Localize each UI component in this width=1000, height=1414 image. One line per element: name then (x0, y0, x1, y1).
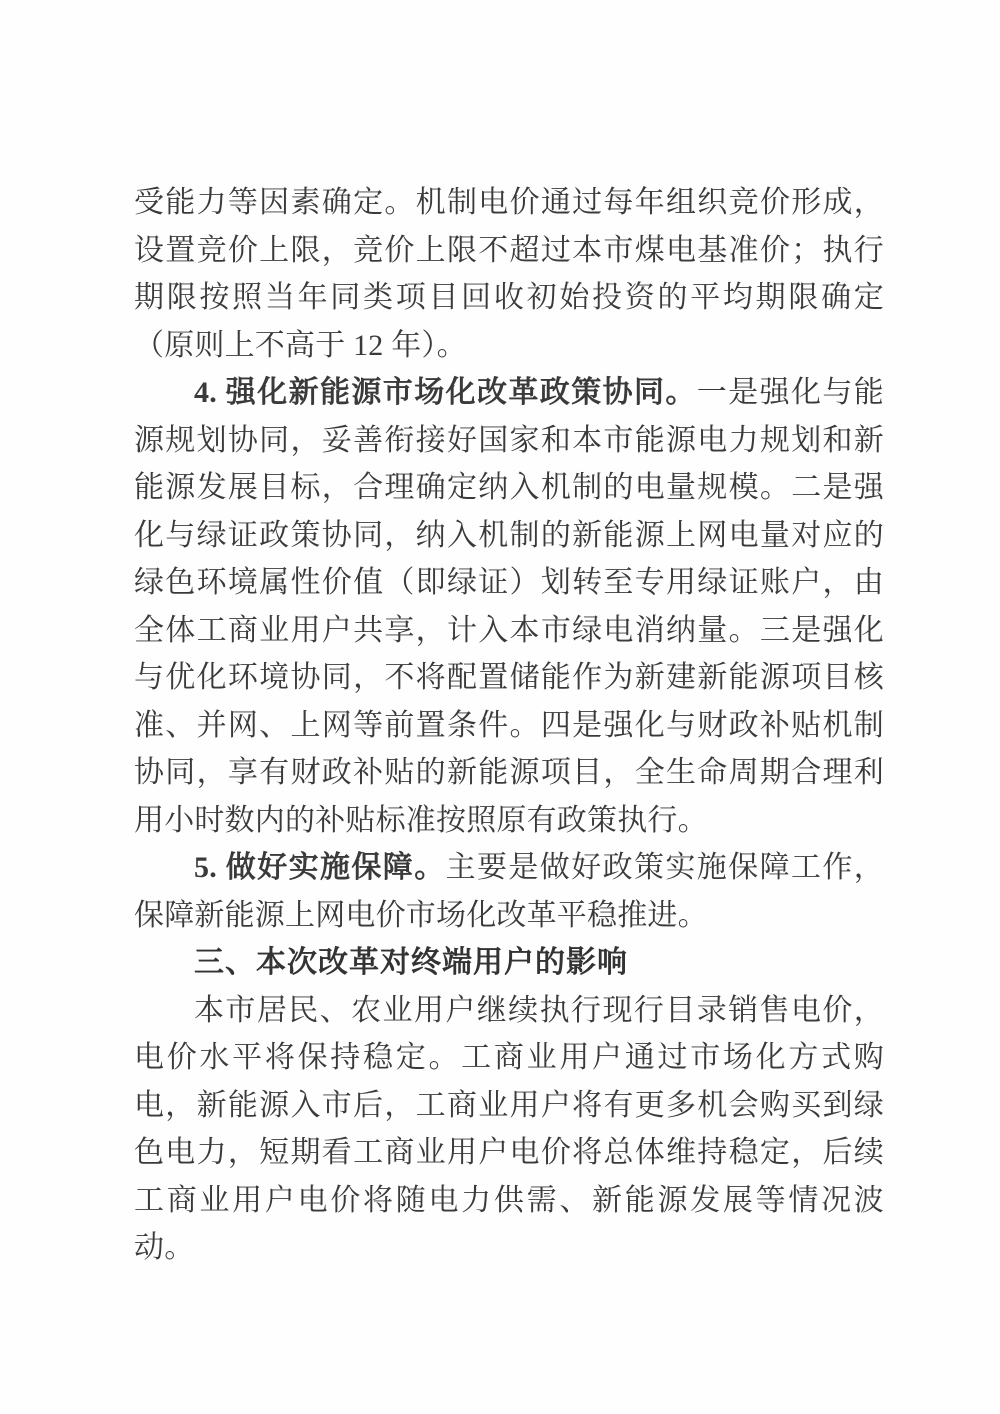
bold-run: 5. 做好实施保障。 (194, 851, 446, 884)
para-item-4: 4. 强化新能源市场化改革政策协同。一是强化与能源规划协同，妥善衔接好国家和本市… (134, 369, 884, 844)
text-run: 受能力等因素确定。机制电价通过每年组织竞价形成，设置竞价上限，竞价上限不超过本市… (134, 186, 884, 362)
text-run: 本市居民、农业用户继续执行现行目录销售电价，电价水平将保持稳定。工商业用户通过市… (134, 994, 884, 1265)
para-item-5: 5. 做好实施保障。主要是做好政策实施保障工作，保障新能源上网电价市场化改革平稳… (134, 844, 884, 939)
section-heading-3: 三、本次改革对终端用户的影响 (134, 939, 884, 987)
document-content: 受能力等因素确定。机制电价通过每年组织竞价形成，设置竞价上限，竞价上限不超过本市… (134, 179, 884, 1272)
bold-run: 4. 强化新能源市场化改革政策协同。 (194, 376, 697, 409)
para-continuation: 受能力等因素确定。机制电价通过每年组织竞价形成，设置竞价上限，竞价上限不超过本市… (134, 179, 884, 369)
bold-run: 三、本次改革对终端用户的影响 (194, 946, 628, 979)
text-run: 一是强化与能源规划协同，妥善衔接好国家和本市能源电力规划和新能源发展目标，合理确… (134, 376, 884, 837)
para-impact: 本市居民、农业用户继续执行现行目录销售电价，电价水平将保持稳定。工商业用户通过市… (134, 987, 884, 1272)
document-page: 受能力等因素确定。机制电价通过每年组织竞价形成，设置竞价上限，竞价上限不超过本市… (0, 0, 1000, 1414)
